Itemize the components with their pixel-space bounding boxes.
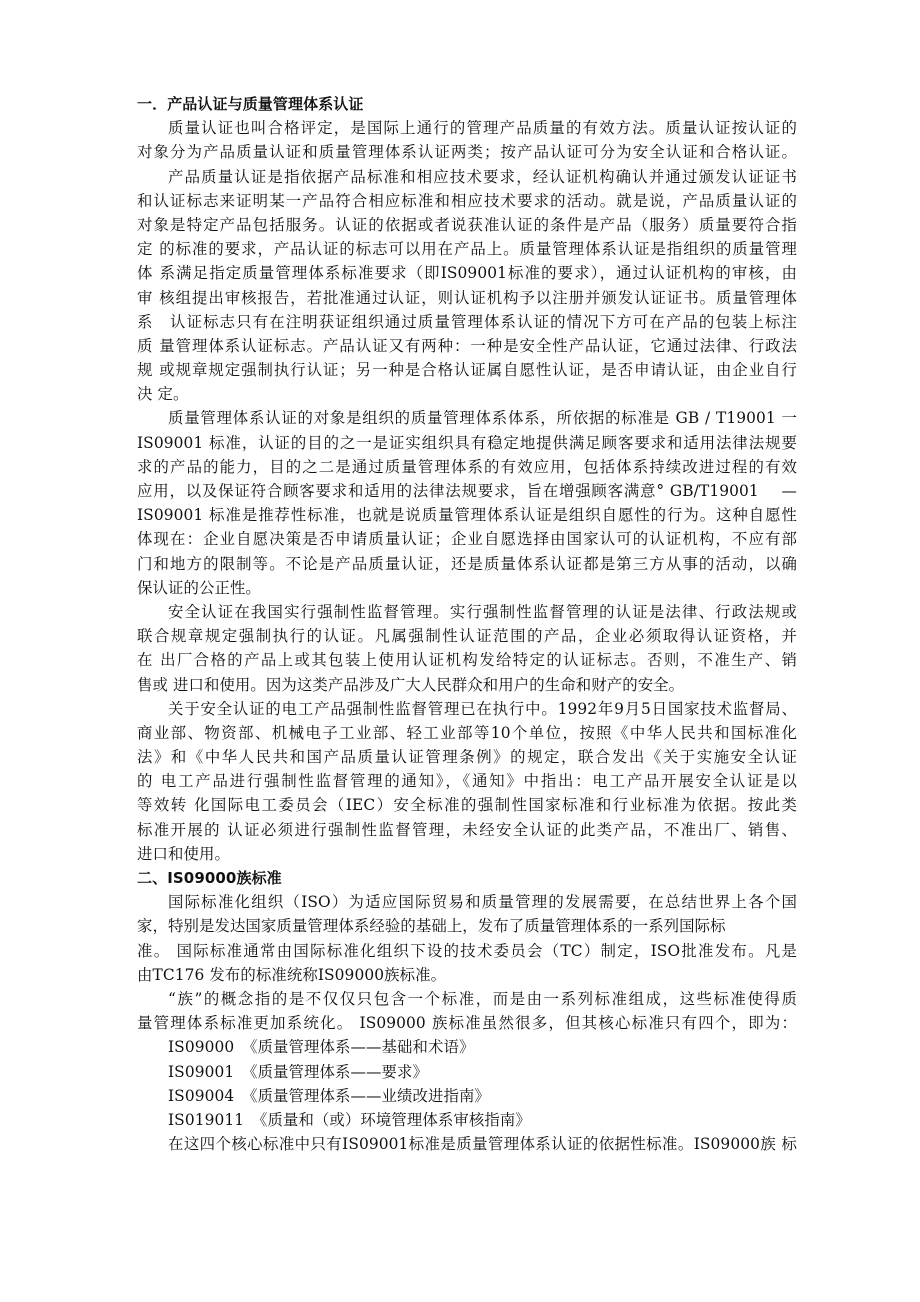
text-line: 售或 进口和使用。因为这类产品涉及广大人民群众和用户的生命和财产的安全。: [137, 673, 797, 697]
text-line: 规 或规章规定强制执行认证；另一种是合格认证属自愿性认证，是否申请认证，由企业自…: [137, 358, 797, 382]
section-heading-1: 一．产品认证与质量管理体系认证: [137, 92, 797, 116]
section-1-body: 质量认证也叫合格评定，是国际上通行的管理产品质量的有效方法。质量认证按认证的对象…: [137, 116, 797, 866]
text-line: 安全认证在我国实行强制性监督管理。实行强制性监督管理的认证是法律、行政法规或: [137, 600, 797, 624]
text-line: 在这四个核心标准中只有IS09001标准是质量管理体系认证的依据性标准。IS09…: [137, 1132, 797, 1156]
text-line: 在 出厂合格的产品上或其包装上使用认证机构发给特定的认证标志。否则，不准生产、销: [137, 648, 797, 672]
text-line: 等效转 化国际电工委员会（IEC）安全标准的强制性国家标准和行业标准为依据。按此…: [137, 793, 797, 817]
text-line: 定 的标准的要求，产品认证的标志可以用在产品上。质量管理体系认证是指组织的质量管…: [137, 237, 797, 261]
text-line: 法》和《中华人民共和国产品质量认证管理条例》的规定，联合发出《关于实施安全认证: [137, 745, 797, 769]
text-line: 联合规章规定强制执行的认证。凡属强制性认证范围的产品，企业必须取得认证资格，并: [137, 624, 797, 648]
text-line: 的 电工产品进行强制性监督管理的通知》，《通知》中指出：电工产品开展安全认证是以: [137, 769, 797, 793]
section-2-body: 国际标准化组织（ISO）为适应国际贸易和质量管理的发展需要，在总结世界上各个国家…: [137, 890, 797, 1156]
text-line: 应用，以及保证符合顾客要求和适用的法律法规要求，旨在增强顾客满意° GB/T19…: [137, 479, 797, 503]
text-line: IS09001 标准，认证的目的之一是证实组织具有稳定地提供满足顾客要求和适用法…: [137, 431, 797, 455]
text-line: 系 认证标志只有在注明获证组织通过质量管理体系认证的情况下方可在产品的包装上标注: [137, 310, 797, 334]
text-line: 质量认证也叫合格评定，是国际上通行的管理产品质量的有效方法。质量认证按认证的: [137, 116, 797, 140]
text-line: IS019011 《质量和（或）环境管理体系审核指南》: [137, 1108, 797, 1132]
text-line: 质 量管理体系认证标志。产品认证又有两种：一种是安全性产品认证，它通过法律、行政…: [137, 334, 797, 358]
section-heading-2: 二、IS09000族标准: [137, 866, 797, 890]
text-line: 商业部、物资部、机械电子工业部、轻工业部等10个单位，按照《中华人民共和国标准化: [137, 721, 797, 745]
text-line: 关于安全认证的电工产品强制性监督管理已在执行中。1992年9月5日国家技术监督局…: [137, 697, 797, 721]
text-line: IS09001 《质量管理体系——要求》: [137, 1060, 797, 1084]
text-line: 家，特别是发达国家质量管理体系经验的基础上，发布了质量管理体系的一系列国际标: [137, 914, 797, 938]
document-page: 一．产品认证与质量管理体系认证 质量认证也叫合格评定，是国际上通行的管理产品质量…: [137, 92, 797, 1156]
text-line: IS09000 《质量管理体系——基础和术语》: [137, 1035, 797, 1059]
text-line: 求的产品的能力，目的之二是通过质量管理体系的有效应用，包括体系持续改进过程的有效: [137, 455, 797, 479]
text-line: 质量管理体系认证的对象是组织的质量管理体系体系，所依据的标准是 GB / T19…: [137, 406, 797, 430]
text-line: 标准开展的 认证必须进行强制性监督管理，未经安全认证的此类产品，不准出厂、销售、: [137, 818, 797, 842]
text-line: 决 定。: [137, 382, 797, 406]
text-line: IS09001 标准是推荐性标准，也就是说质量管理体系认证是组织自愿性的行为。这…: [137, 503, 797, 527]
text-line: 国际标准化组织（ISO）为适应国际贸易和质量管理的发展需要，在总结世界上各个国: [137, 890, 797, 914]
text-line: 保认证的公正性。: [137, 576, 797, 600]
text-line: 由TC176 发布的标准统称IS09000族标准。: [137, 963, 797, 987]
text-line: 和认证标志来证明某一产品符合相应标准和相应技术要求的活动。就是说，产品质量认证的: [137, 189, 797, 213]
text-line: 审 核组提出审核报告，若批准通过认证，则认证机构予以注册并颁发认证证书。质量管理…: [137, 286, 797, 310]
text-line: IS09004 《质量管理体系——业绩改进指南》: [137, 1084, 797, 1108]
text-line: 量管理体系标准更加系统化。 IS09000 族标准虽然很多，但其核心标准只有四个…: [137, 1011, 797, 1035]
text-line: “族”的概念指的是不仅仅只包含一个标准，而是由一系列标准组成，这些标准使得质: [137, 987, 797, 1011]
text-line: 体现在：企业自愿决策是否申请质量认证；企业自愿选择由国家认可的认证机构，不应有部: [137, 527, 797, 551]
text-line: 对象是特定产品包括服务。认证的依据或者说获准认证的条件是产品（服务）质量要符合指: [137, 213, 797, 237]
text-line: 准。 国际标准通常由国际标准化组织下设的技术委员会（TC）制定，ISO批准发布。…: [137, 939, 797, 963]
text-line: 门和地方的限制等。不论是产品质量认证，还是质量体系认证都是第三方从事的活动，以确: [137, 552, 797, 576]
text-line: 体 系满足指定质量管理体系标准要求（即IS09001标准的要求），通过认证机构的…: [137, 261, 797, 285]
text-line: 进口和使用。: [137, 842, 797, 866]
text-line: 对象分为产品质量认证和质量管理体系认证两类；按产品认证可分为安全认证和合格认证。: [137, 140, 797, 164]
text-line: 产品质量认证是指依据产品标准和相应技术要求，经认证机构确认并通过颁发认证证书: [137, 165, 797, 189]
